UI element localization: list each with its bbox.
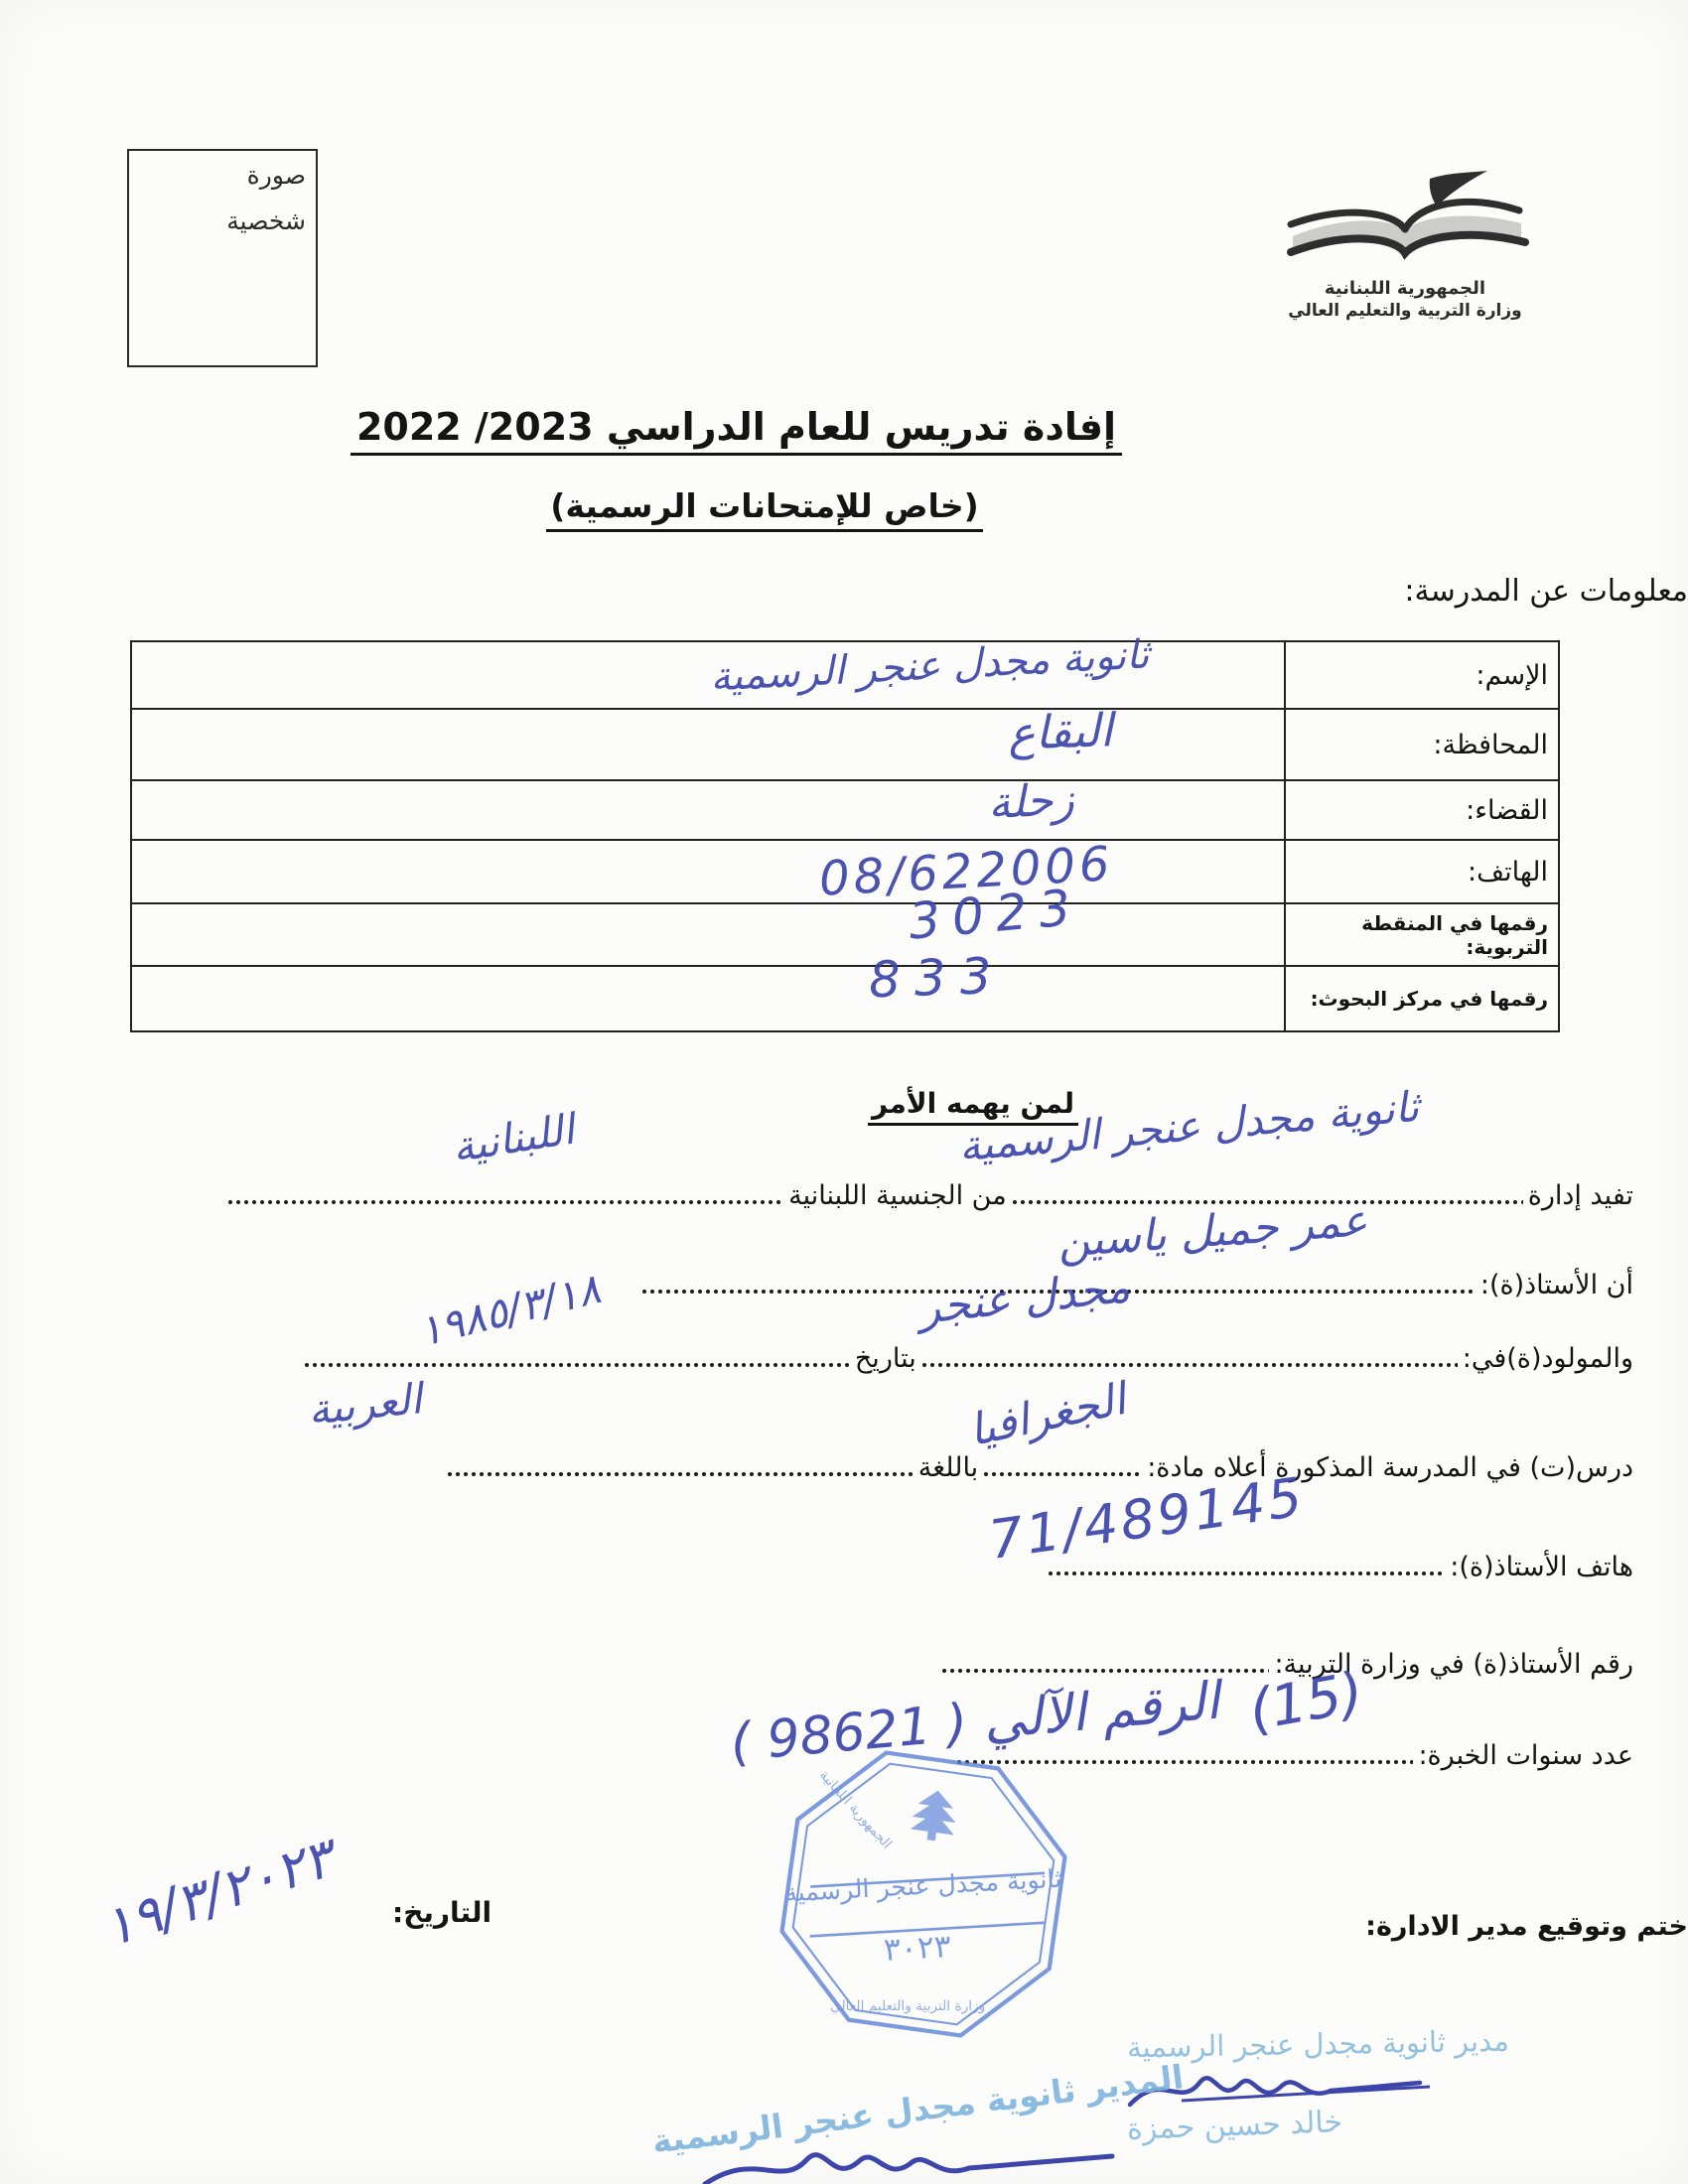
handwritten-governorate: البقاع	[1007, 703, 1113, 760]
stamp-ministry-text: وزارة التربية والتعليم العالي	[830, 1998, 985, 2014]
cedar-tree-icon	[911, 1788, 960, 1836]
scanned-form-page: صورة شخصية الجمهورية اللبنانية وزارة الت…	[0, 0, 1688, 2184]
form-line-school: تفيد إدارة من الجنسية اللبنانية	[222, 1169, 1633, 1211]
logo-ministry-text: وزارة التربية والتعليم العالي	[1246, 301, 1564, 321]
photo-placeholder-box: صورة شخصية	[127, 149, 318, 367]
stamp-school-name: ثانوية مجدل عنجر الرسمية	[783, 1864, 1062, 1909]
document-title: إفادة تدريس للعام الدراسي 2022 /2023	[427, 405, 1122, 456]
handwritten-district: زحلة	[987, 774, 1075, 829]
photo-label-line2: شخصية	[129, 197, 316, 242]
handwritten-language: العربية	[306, 1374, 424, 1434]
line3-prefix: والمولود(ة)في:	[1463, 1343, 1633, 1374]
row-label-zone-number: رقمها في المنقطة التربوية:	[1284, 904, 1558, 965]
dotted-blank	[921, 1357, 1458, 1369]
dotted-blank	[983, 1466, 1142, 1478]
octagonal-school-stamp: ثانوية مجدل عنجر الرسمية ٣٠٢٣ الجمهورية …	[747, 1717, 1101, 2072]
row-label-phone: الهاتف:	[1284, 841, 1558, 902]
line7-prefix: عدد سنوات الخبرة:	[1418, 1740, 1633, 1771]
table-row: رقمها في المنقطة التربوية:	[132, 902, 1558, 965]
row-label-name: الإسم:	[1284, 642, 1558, 708]
form-line-subject: درس(ت) في المدرسة المذكورة أعلاه مادة: ب…	[442, 1441, 1633, 1483]
line5-prefix: هاتف الأستاذ(ة):	[1450, 1552, 1633, 1582]
dotted-blank	[941, 1663, 1269, 1675]
center-signature	[685, 2132, 1142, 2184]
row-value-cell	[132, 904, 1284, 965]
table-row: رقمها في مركز البحوث:	[132, 965, 1558, 1030]
school-info-heading: معلومات عن المدرسة:	[1221, 574, 1688, 609]
right-stamp-director-name: خالد حسين حمزة	[1126, 2105, 1342, 2147]
ministry-logo: الجمهورية اللبنانية وزارة التربية والتعل…	[1246, 171, 1564, 321]
dotted-blank	[1048, 1566, 1445, 1577]
line3-middle: بتاريخ	[855, 1343, 916, 1374]
line1-prefix: تفيد إدارة	[1528, 1180, 1633, 1211]
handwritten-date: ١٩/٣/٢٠٢٣	[95, 1827, 341, 1960]
school-info-table: الإسم: المحافظة: القضاء: الهاتف: رقمها ف…	[130, 640, 1560, 1032]
stamp-signature-label: ختم وتوقيع مدير الادارة:	[1301, 1911, 1688, 1942]
document-subtitle: (خاص للإمتحانات الرسمية)	[536, 486, 993, 532]
table-row: المحافظة:	[132, 708, 1558, 779]
dotted-blank	[304, 1357, 850, 1369]
stamp-number: ٣٠٢٣	[883, 1929, 952, 1969]
line2-prefix: أن الأستاذ(ة):	[1480, 1270, 1633, 1300]
line1-middle: من الجنسية اللبنانية	[788, 1180, 1007, 1211]
form-line-birth: والمولود(ة)في: بتاريخ	[299, 1332, 1633, 1374]
table-row: القضاء:	[132, 779, 1558, 839]
row-label-governorate: المحافظة:	[1284, 710, 1558, 779]
handwritten-nationality: اللبنانية	[449, 1105, 578, 1172]
form-line-teacher: أن الأستاذ(ة):	[636, 1259, 1633, 1300]
date-label: التاريخ:	[392, 1896, 492, 1929]
title-years: 2022 /2023	[356, 405, 594, 449]
handwritten-research-number: 833	[868, 947, 1006, 1010]
logo-republic-text: الجمهورية اللبنانية	[1246, 278, 1564, 299]
dotted-blank	[227, 1194, 783, 1206]
row-value-cell	[132, 967, 1284, 1030]
row-label-research-number: رقمها في مركز البحوث:	[1284, 967, 1558, 1030]
dotted-blank	[447, 1466, 914, 1478]
title-arabic: إفادة تدريس للعام الدراسي	[607, 405, 1116, 449]
row-value-cell	[132, 781, 1284, 839]
open-book-logo-icon	[1281, 171, 1529, 270]
line4-middle: باللغة	[918, 1452, 978, 1483]
row-label-district: القضاء:	[1284, 781, 1558, 839]
photo-label-line1: صورة	[129, 151, 316, 197]
